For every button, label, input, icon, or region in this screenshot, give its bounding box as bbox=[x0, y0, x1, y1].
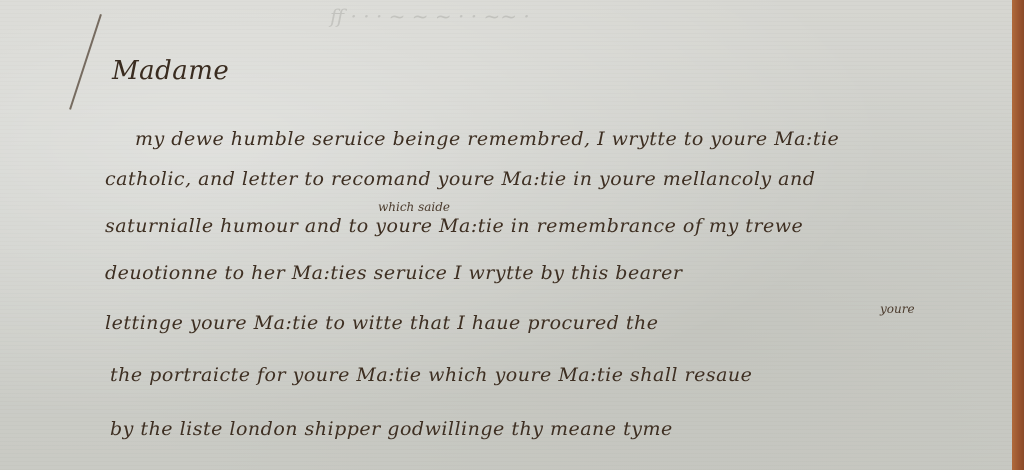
manuscript-page: ﬀ · · · ~ ~ ~ · · ~~ · Madame my dewe hu… bbox=[0, 0, 1014, 470]
binding-edge bbox=[1012, 0, 1024, 470]
interlinear-insertion-1: which saide bbox=[378, 200, 450, 214]
letter-line-5: lettinge youre Ma:tie to witte that I ha… bbox=[105, 312, 659, 334]
salutation: Madame bbox=[112, 56, 229, 86]
letter-line-4: deuotionne to her Ma:ties seruice I wryt… bbox=[105, 262, 682, 284]
letter-line-1: my dewe humble seruice beinge remembred,… bbox=[135, 128, 839, 150]
letter-line-2: catholic, and letter to recomand youre M… bbox=[105, 168, 815, 190]
letter-line-3: saturnialle humour and to youre Ma:tie i… bbox=[105, 215, 803, 237]
letter-line-7: by the liste london shipper godwillinge … bbox=[110, 418, 673, 440]
capital-m-flourish bbox=[69, 14, 102, 110]
bleed-through-text: ﬀ · · · ~ ~ ~ · · ~~ · bbox=[330, 4, 530, 28]
letter-line-6: the portraicte for youre Ma:tie which yo… bbox=[110, 364, 752, 386]
interlinear-insertion-2: youre bbox=[880, 302, 915, 316]
